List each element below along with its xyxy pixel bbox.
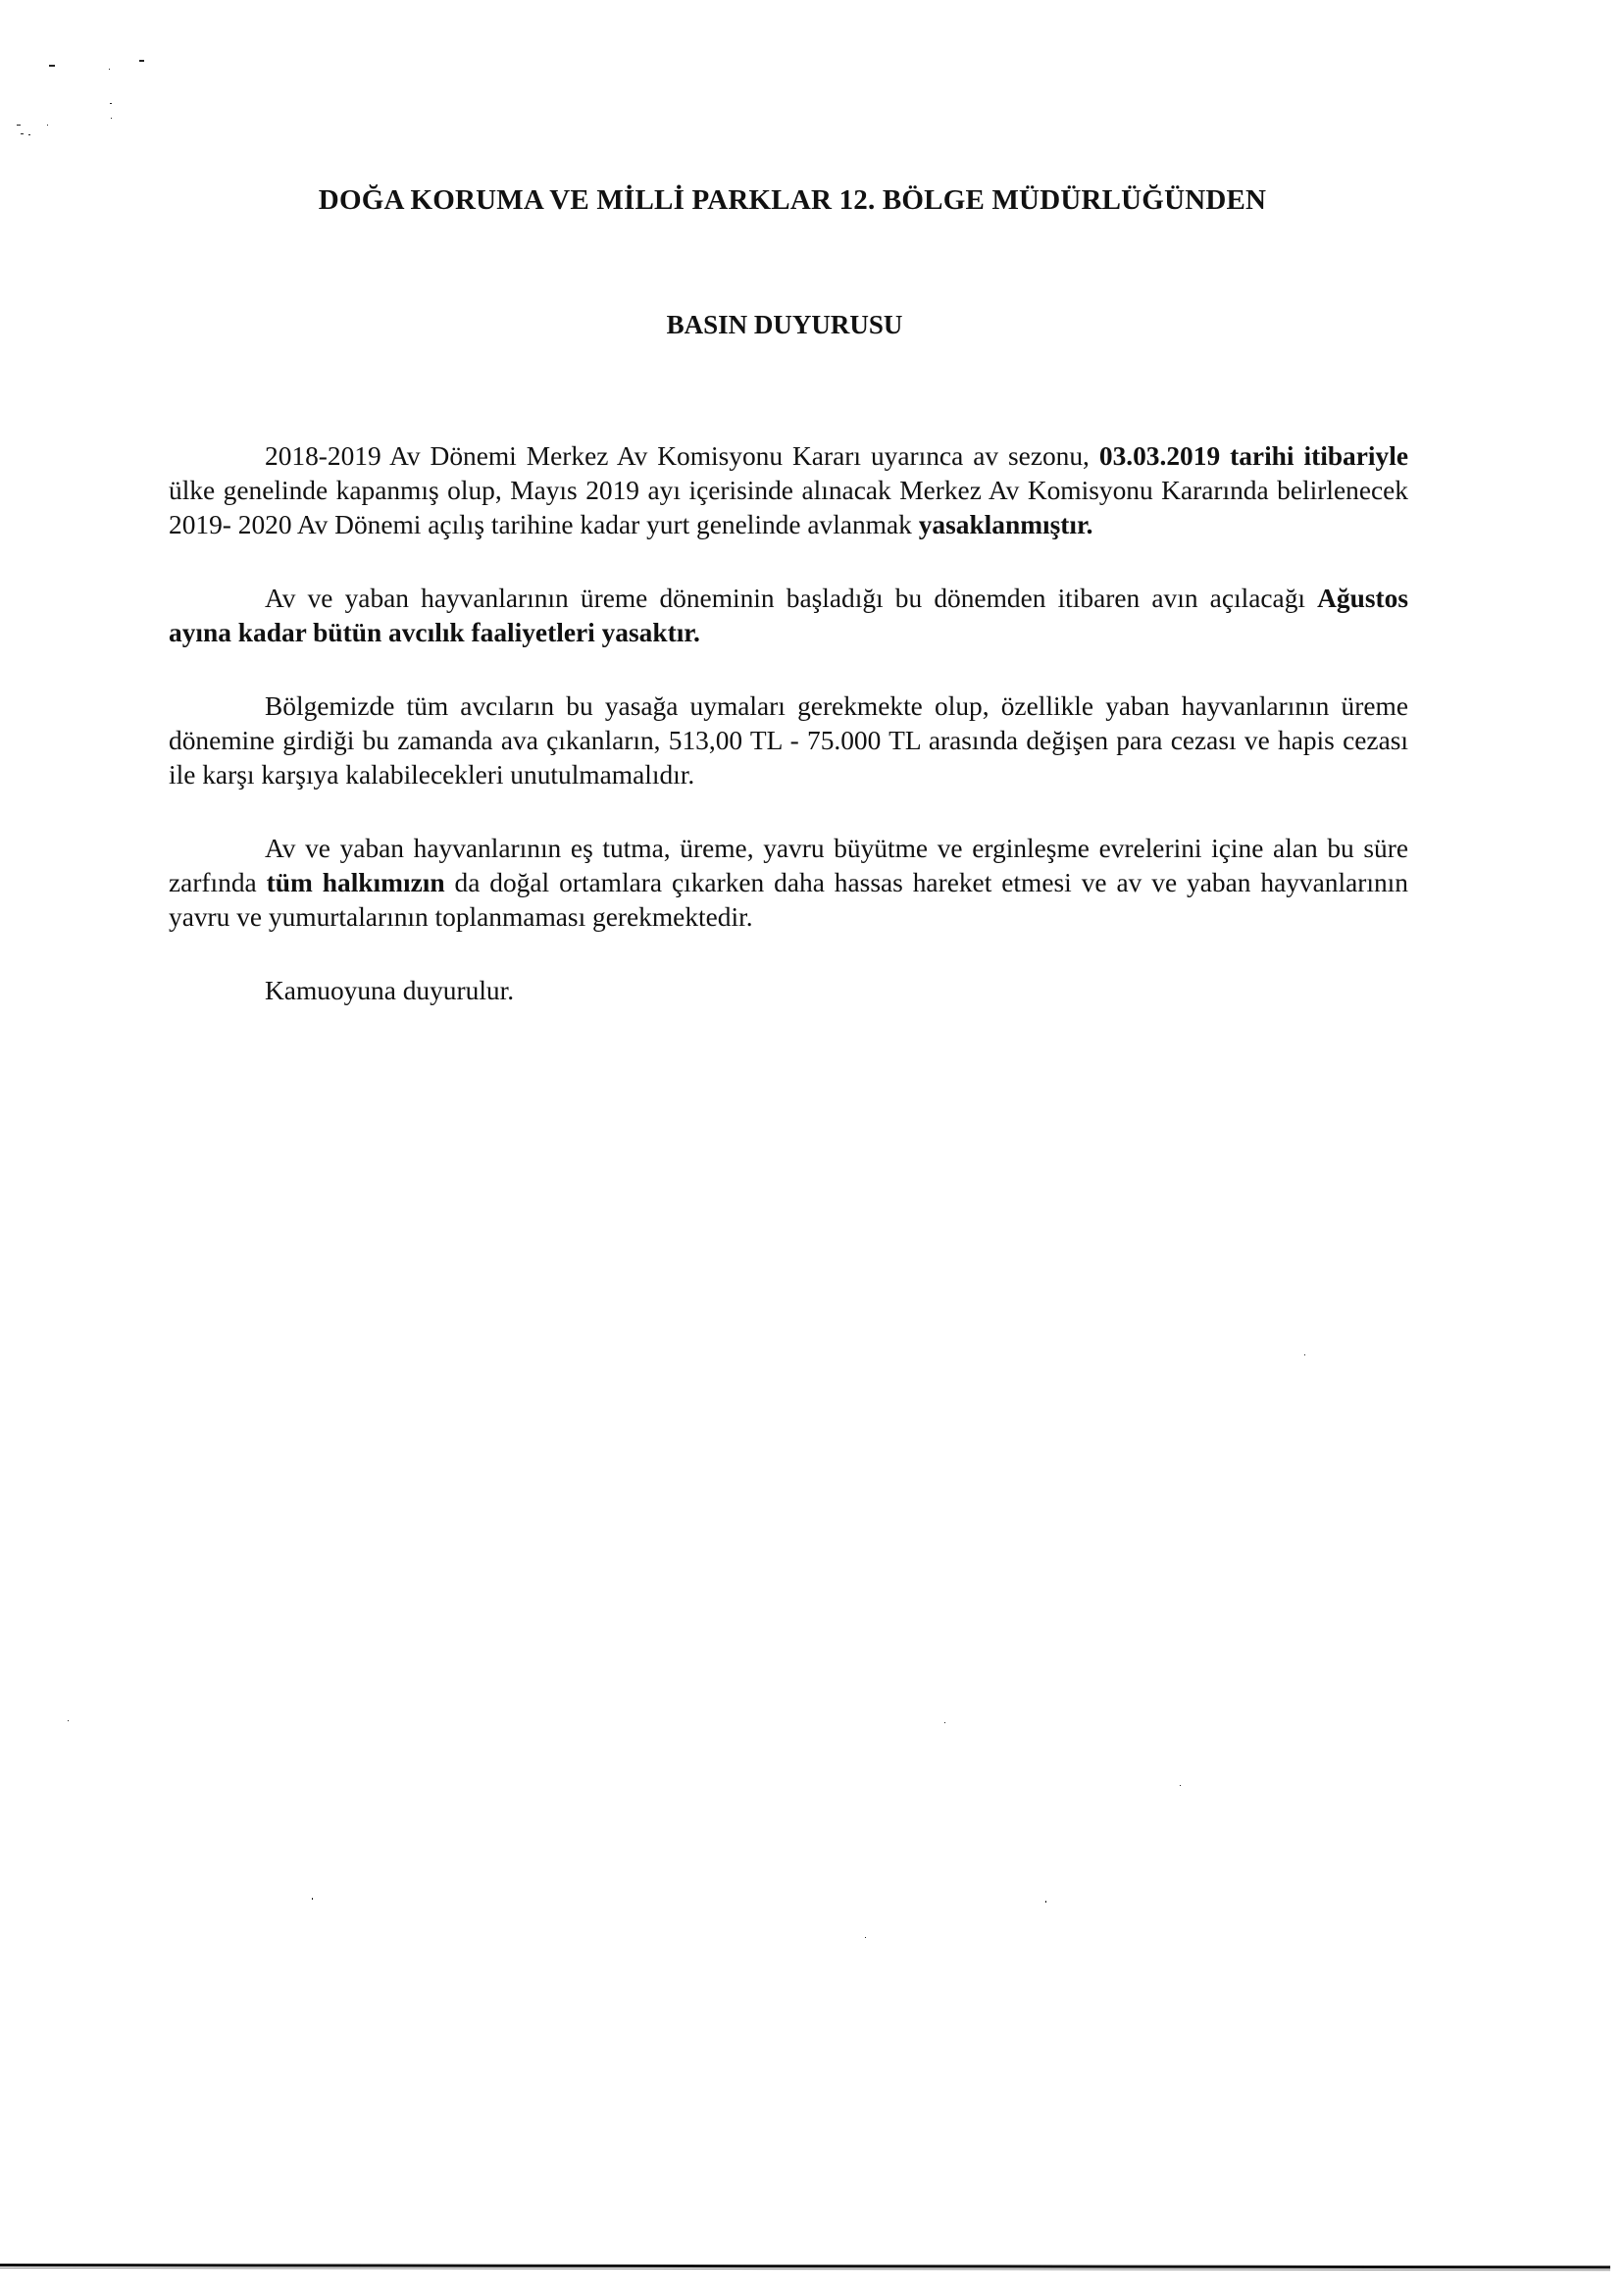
scan-artifact (21, 133, 24, 134)
scan-artifact (139, 60, 144, 62)
paragraph-text: Av ve yaban hayvanlarının üreme dönemini… (265, 584, 1317, 613)
paragraph-text: ülke genelinde kapanmış olup, Mayıs 2019… (169, 476, 1408, 539)
document-subtitle: BASIN DUYURUSU (588, 310, 981, 340)
scan-artifact (68, 1720, 69, 1721)
paragraph: Bölgemizde tüm avcıların bu yasağa uymal… (169, 689, 1408, 792)
paragraph-text: Bölgemizde tüm avcıların bu yasağa uymal… (169, 691, 1408, 790)
scan-artifact (1045, 1901, 1046, 1903)
scan-artifact (1180, 1785, 1181, 1786)
scan-artifact (1304, 1354, 1305, 1355)
emphasized-text: yasaklanmıştır. (919, 510, 1093, 539)
scan-artifact (865, 1937, 866, 1938)
emphasized-text: 03.03.2019 tarihi itibariyle (1099, 441, 1408, 471)
document-body: 2018-2019 Av Dönemi Merkez Av Komisyonu … (169, 439, 1408, 1047)
closing-line: Kamuoyuna duyurulur. (169, 974, 1408, 1008)
document-title: DOĞA KORUMA VE MİLLİ PARKLAR 12. BÖLGE M… (243, 184, 1342, 217)
paragraph-text: 2018-2019 Av Dönemi Merkez Av Komisyonu … (265, 441, 1099, 471)
document-page: DOĞA KORUMA VE MİLLİ PARKLAR 12. BÖLGE M… (0, 0, 1624, 2294)
scan-artifact (110, 103, 112, 104)
scan-artifact (312, 1898, 313, 1900)
emphasized-text: tüm halkımızın (267, 868, 445, 897)
scan-artifact (944, 1722, 945, 1723)
scan-artifact (47, 125, 48, 126)
scan-artifact (109, 69, 110, 70)
paragraph: Av ve yaban hayvanlarının üreme dönemini… (169, 582, 1408, 650)
paragraph: Av ve yaban hayvanlarının eş tutma, ürem… (169, 832, 1408, 935)
paragraph: 2018-2019 Av Dönemi Merkez Av Komisyonu … (169, 439, 1408, 542)
scan-artifact (17, 125, 21, 126)
scan-artifact (49, 65, 55, 67)
scan-artifact (111, 118, 112, 119)
scan-artifact (28, 134, 30, 135)
